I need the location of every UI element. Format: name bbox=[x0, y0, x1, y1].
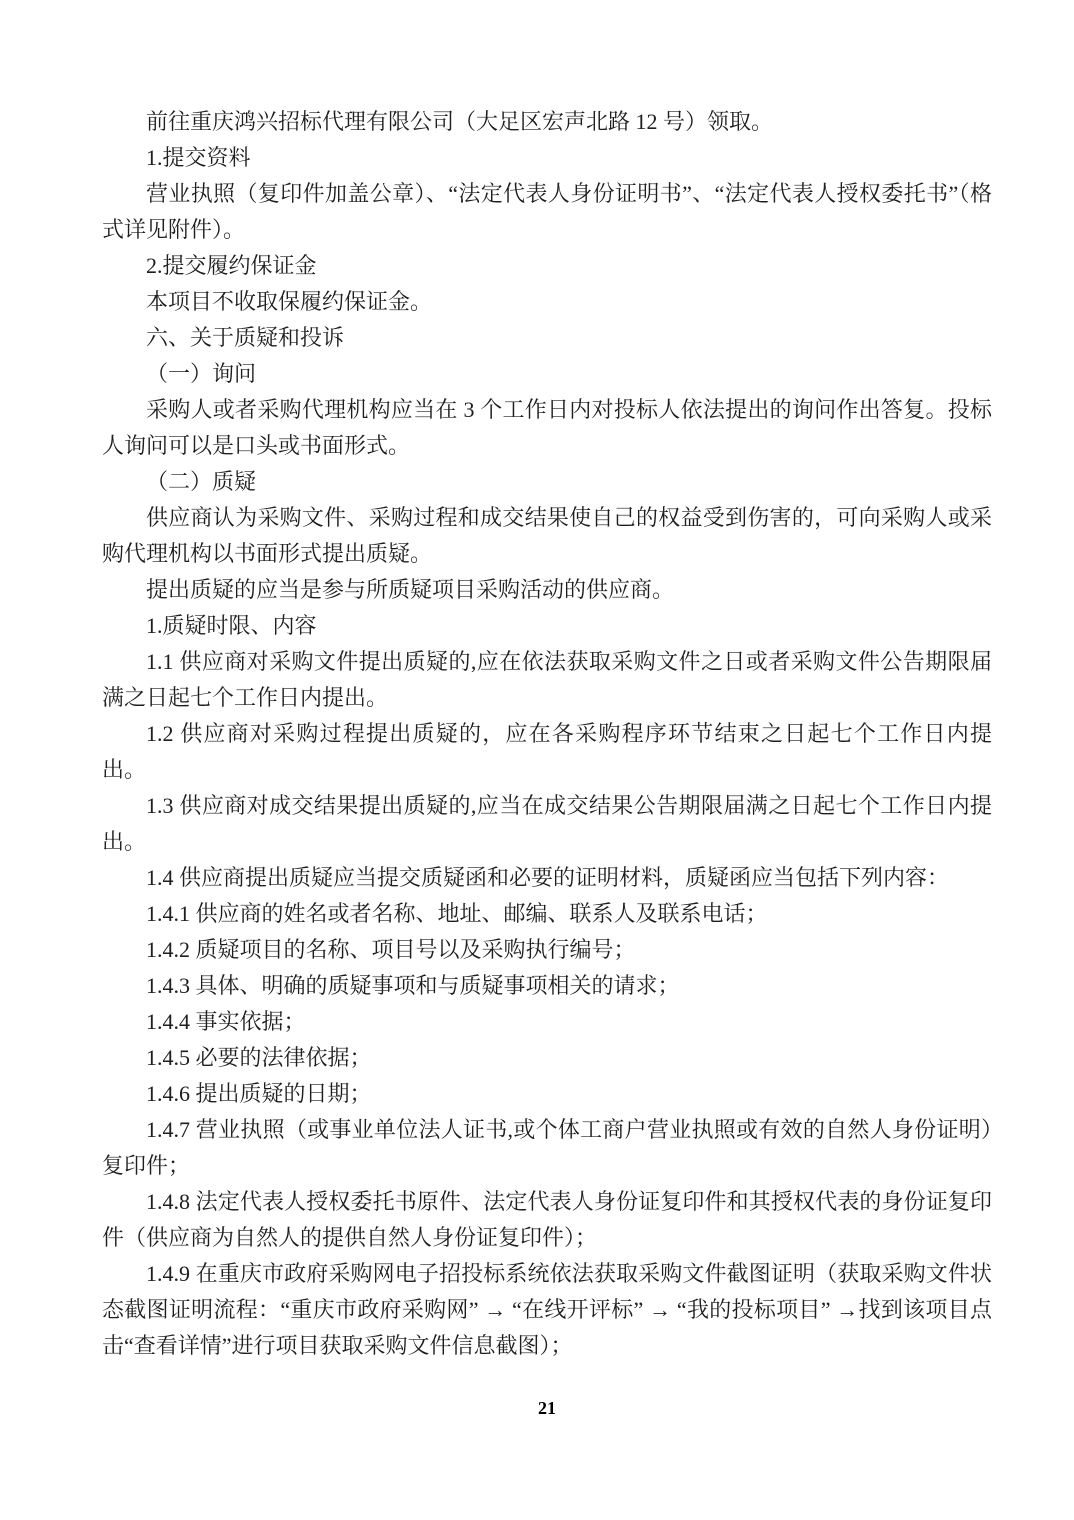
paragraph: 供应商认为采购文件、采购过程和成交结果使自己的权益受到伤害的，可向采购人或采购代… bbox=[102, 500, 992, 572]
paragraph: 1.4.7 营业执照（或事业单位法人证书,或个体工商户营业执照或有效的自然人身份… bbox=[102, 1112, 992, 1184]
paragraph: 1.1 供应商对采购文件提出质疑的,应在依法获取采购文件之日或者采购文件公告期限… bbox=[102, 644, 992, 716]
paragraph: 1.提交资料 bbox=[102, 140, 992, 176]
paragraph: 1.质疑时限、内容 bbox=[102, 608, 992, 644]
paragraph: 前往重庆鸿兴招标代理有限公司（大足区宏声北路 12 号）领取。 bbox=[102, 104, 992, 140]
paragraph: 营业执照（复印件加盖公章）、“法定代表人身份证明书”、“法定代表人授权委托书”（… bbox=[102, 176, 992, 248]
paragraph: 1.4 供应商提出质疑应当提交质疑函和必要的证明材料，质疑函应当包括下列内容： bbox=[102, 860, 992, 896]
paragraph: 1.4.1 供应商的姓名或者名称、地址、邮编、联系人及联系电话； bbox=[102, 896, 992, 932]
paragraph: 2.提交履约保证金 bbox=[102, 248, 992, 284]
paragraph: 采购人或者采购代理机构应当在 3 个工作日内对投标人依法提出的询问作出答复。投标… bbox=[102, 392, 992, 464]
paragraph: 1.4.2 质疑项目的名称、项目号以及采购执行编号； bbox=[102, 932, 992, 968]
page-number: 21 bbox=[102, 1398, 992, 1419]
paragraph: 1.4.4 事实依据； bbox=[102, 1004, 992, 1040]
document-page: 前往重庆鸿兴招标代理有限公司（大足区宏声北路 12 号）领取。1.提交资料营业执… bbox=[0, 0, 1074, 1520]
paragraph: 六、关于质疑和投诉 bbox=[102, 320, 992, 356]
paragraph: （二）质疑 bbox=[102, 464, 992, 500]
paragraph: 1.4.9 在重庆市政府采购网电子招投标系统依法获取采购文件截图证明（获取采购文… bbox=[102, 1256, 992, 1364]
paragraph: 提出质疑的应当是参与所质疑项目采购活动的供应商。 bbox=[102, 572, 992, 608]
paragraph: 1.4.3 具体、明确的质疑事项和与质疑事项相关的请求； bbox=[102, 968, 992, 1004]
paragraph: 1.2 供应商对采购过程提出质疑的，应在各采购程序环节结束之日起七个工作日内提出… bbox=[102, 716, 992, 788]
paragraph: （一）询问 bbox=[102, 356, 992, 392]
paragraph: 1.3 供应商对成交结果提出质疑的,应当在成交结果公告期限届满之日起七个工作日内… bbox=[102, 788, 992, 860]
paragraph: 1.4.5 必要的法律依据； bbox=[102, 1040, 992, 1076]
paragraph: 1.4.6 提出质疑的日期； bbox=[102, 1076, 992, 1112]
paragraph: 本项目不收取保履约保证金。 bbox=[102, 284, 992, 320]
paragraph: 1.4.8 法定代表人授权委托书原件、法定代表人身份证复印件和其授权代表的身份证… bbox=[102, 1184, 992, 1256]
body-text: 前往重庆鸿兴招标代理有限公司（大足区宏声北路 12 号）领取。1.提交资料营业执… bbox=[102, 104, 992, 1364]
